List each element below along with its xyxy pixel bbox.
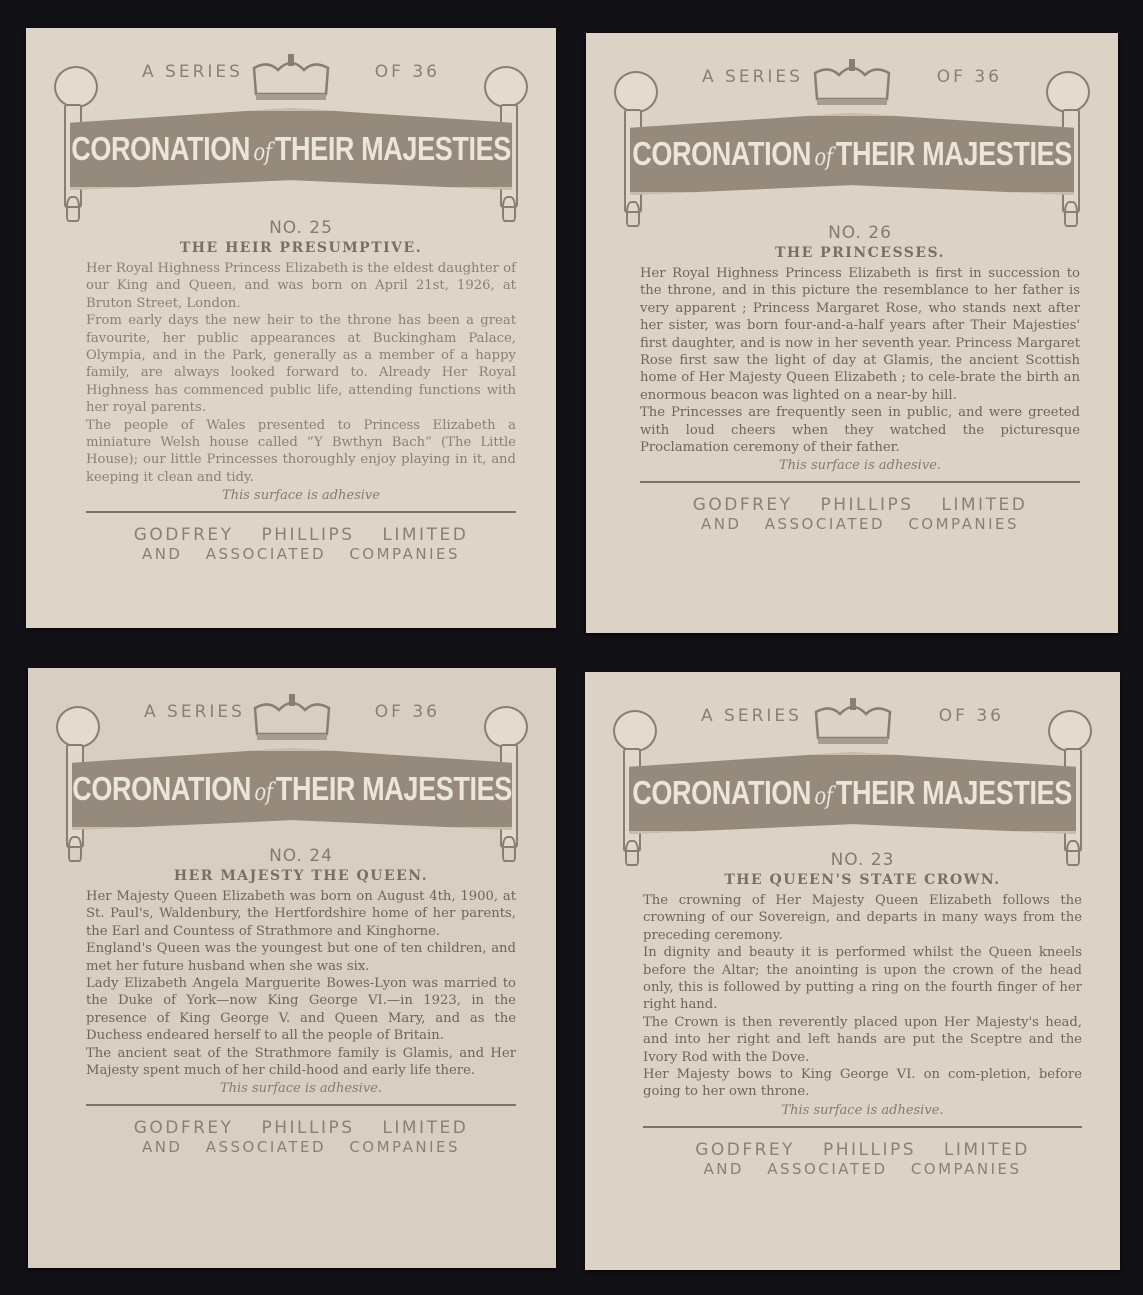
publisher: GODFREY PHILLIPS LIMITED AND ASSOCIATED … — [643, 1140, 1082, 1178]
card-body: NO. 26 THE PRINCESSES. Her Royal Highnes… — [640, 223, 1080, 533]
divider — [86, 511, 516, 513]
series-count: OF 36 — [375, 62, 440, 82]
banner-ribbon: CORONATIONofTHEIR MAJESTIES — [630, 113, 1074, 195]
crown-icon — [810, 698, 896, 746]
tassel-pom-left-icon — [614, 71, 658, 113]
card-body: NO. 25 THE HEIR PRESUMPTIVE. Her Royal H… — [86, 218, 516, 563]
tassel-pom-left-icon — [56, 706, 100, 748]
divider — [640, 481, 1080, 483]
publisher: GODFREY PHILLIPS LIMITED AND ASSOCIATED … — [86, 525, 516, 563]
divider — [86, 1104, 516, 1106]
series-banner: A SERIES OF 36 CORONATIONofTHEIR MAJESTI… — [50, 46, 532, 216]
card-paragraph: Lady Elizabeth Angela Marguerite Bowes-L… — [86, 975, 516, 1045]
series-label: A SERIES — [144, 702, 245, 722]
card-number: NO. 23 — [643, 850, 1082, 870]
series-banner: A SERIES OF 36 CORONATIONofTHEIR MAJESTI… — [610, 51, 1094, 221]
tassel-pom-right-icon — [484, 66, 528, 108]
tassel-pom-right-icon — [1048, 710, 1092, 752]
card-paragraph: The people of Wales presented to Princes… — [86, 417, 516, 487]
tassel-pom-left-icon — [54, 66, 98, 108]
adhesive-note: This surface is adhesive. — [640, 458, 1080, 473]
tassel-left-icon — [68, 836, 82, 862]
series-count: OF 36 — [939, 706, 1004, 726]
card-number: NO. 26 — [640, 223, 1080, 243]
card-body: NO. 24 HER MAJESTY THE QUEEN. Her Majest… — [86, 846, 516, 1156]
banner-title: CORONATIONofTHEIR MAJESTIES — [633, 774, 1073, 812]
card-paragraph: Her Royal Highness Princess Elizabeth is… — [640, 265, 1080, 404]
publisher: GODFREY PHILLIPS LIMITED AND ASSOCIATED … — [86, 1118, 516, 1156]
cigarette-card-no-26: A SERIES OF 36 CORONATIONofTHEIR MAJESTI… — [586, 33, 1118, 633]
card-number: NO. 24 — [86, 846, 516, 866]
card-paragraph: The ancient seat of the Strathmore famil… — [86, 1045, 516, 1080]
card-title: THE QUEEN'S STATE CROWN. — [643, 872, 1082, 888]
series-label: A SERIES — [142, 62, 243, 82]
crown-icon — [249, 694, 335, 742]
cigarette-card-no-25: A SERIES OF 36 CORONATIONofTHEIR MAJESTI… — [26, 28, 556, 628]
divider — [643, 1126, 1082, 1128]
tassel-pom-right-icon — [484, 706, 528, 748]
card-title: THE HEIR PRESUMPTIVE. — [86, 240, 516, 256]
cigarette-card-no-23: A SERIES OF 36 CORONATIONofTHEIR MAJESTI… — [585, 672, 1120, 1270]
card-title: THE PRINCESSES. — [640, 245, 1080, 261]
card-paragraph: Her Royal Highness Princess Elizabeth is… — [86, 260, 516, 312]
tassel-left-icon — [66, 196, 80, 222]
card-body: NO. 23 THE QUEEN'S STATE CROWN. The crow… — [643, 850, 1082, 1178]
series-label: A SERIES — [701, 706, 802, 726]
card-paragraph: The crowning of Her Majesty Queen Elizab… — [643, 892, 1082, 944]
crown-icon — [248, 54, 334, 102]
banner-ribbon: CORONATIONofTHEIR MAJESTIES — [629, 752, 1076, 834]
card-paragraph: In dignity and beauty it is performed wh… — [643, 944, 1082, 1014]
banner-title: CORONATIONofTHEIR MAJESTIES — [72, 770, 512, 808]
series-count: OF 36 — [937, 67, 1002, 87]
card-paragraph: Her Majesty bows to King George VI. on c… — [643, 1066, 1082, 1101]
card-paragraph: Her Majesty Queen Elizabeth was born on … — [86, 888, 516, 940]
adhesive-note: This surface is adhesive. — [643, 1103, 1082, 1118]
card-paragraph: The Crown is then reverently placed upon… — [643, 1014, 1082, 1066]
series-count: OF 36 — [375, 702, 440, 722]
series-banner: A SERIES OF 36 CORONATIONofTHEIR MAJESTI… — [52, 686, 532, 856]
crown-icon — [809, 59, 895, 107]
tassel-left-icon — [626, 201, 640, 227]
cigarette-card-no-24: A SERIES OF 36 CORONATIONofTHEIR MAJESTI… — [28, 668, 556, 1268]
tassel-left-icon — [625, 840, 639, 866]
series-label: A SERIES — [702, 67, 803, 87]
adhesive-note: This surface is adhesive — [86, 488, 516, 503]
publisher: GODFREY PHILLIPS LIMITED AND ASSOCIATED … — [640, 495, 1080, 533]
tassel-pom-right-icon — [1046, 71, 1090, 113]
banner-title: CORONATIONofTHEIR MAJESTIES — [71, 130, 511, 168]
card-paragraph: From early days the new heir to the thro… — [86, 312, 516, 416]
card-number: NO. 25 — [86, 218, 516, 238]
card-paragraph: The Princesses are frequently seen in pu… — [640, 404, 1080, 456]
banner-ribbon: CORONATIONofTHEIR MAJESTIES — [70, 108, 512, 190]
card-title: HER MAJESTY THE QUEEN. — [86, 868, 516, 884]
tassel-pom-left-icon — [613, 710, 657, 752]
card-paragraph: England's Queen was the youngest but one… — [86, 940, 516, 975]
banner-ribbon: CORONATIONofTHEIR MAJESTIES — [72, 748, 512, 830]
adhesive-note: This surface is adhesive. — [86, 1081, 516, 1096]
banner-title: CORONATIONofTHEIR MAJESTIES — [632, 135, 1072, 173]
series-banner: A SERIES OF 36 CORONATIONofTHEIR MAJESTI… — [609, 690, 1096, 860]
